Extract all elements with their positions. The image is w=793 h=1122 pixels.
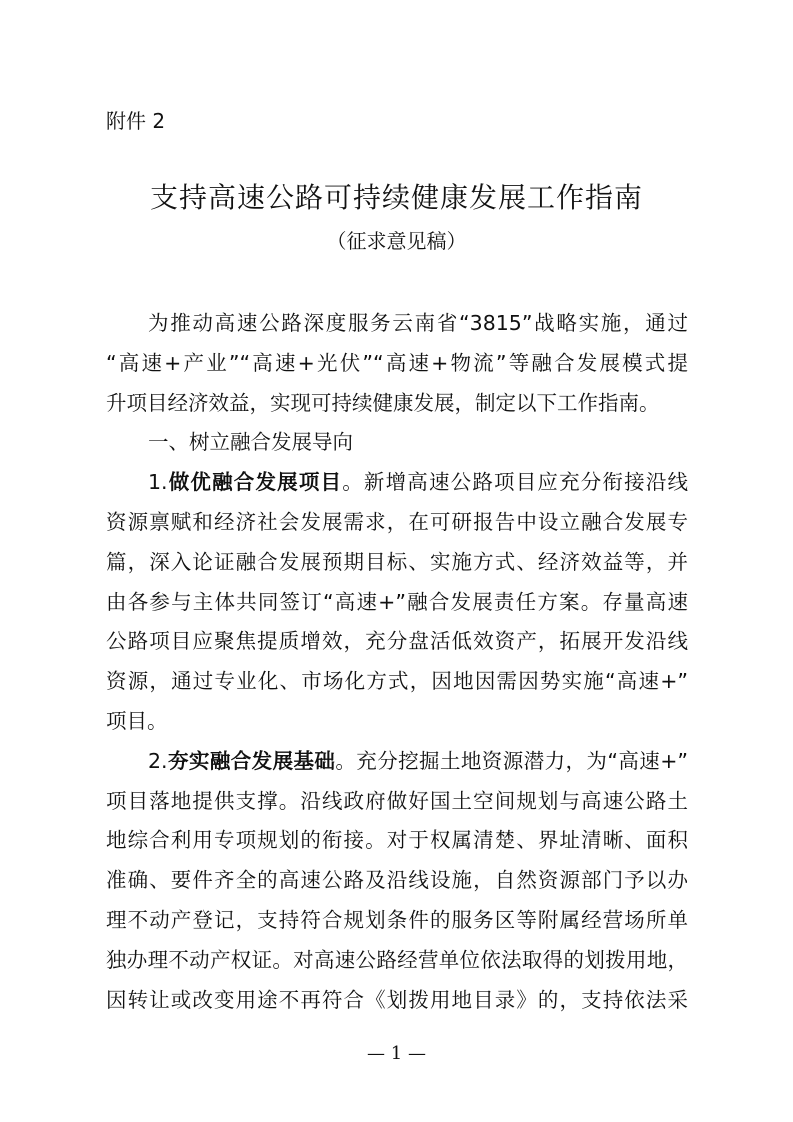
body-line: 公路项目应聚焦提质增效，充分盘活低效资产，拓展开发沿线 bbox=[106, 622, 688, 662]
document-body: 为推动高速公路深度服务云南省“3815”战略实施，通过 “高速+产业”“高速+光… bbox=[106, 304, 688, 1020]
body-line: 地综合利用专项规划的衔接。对于权属清楚、界址清晰、面积 bbox=[106, 821, 688, 861]
body-line: 独办理不动产权证。对高速公路经营单位依法取得的划拨用地， bbox=[106, 941, 688, 981]
item-text: 。充分挖掘土地资源潜力，为“高速+” bbox=[335, 749, 688, 773]
body-line: 篇，深入论证融合发展预期目标、实施方式、经济效益等，并 bbox=[106, 543, 688, 583]
document-title: 支持高速公路可持续健康发展工作指南 bbox=[0, 180, 793, 216]
body-line: 资源禀赋和经济社会发展需求，在可研报告中设立融合发展专 bbox=[106, 503, 688, 543]
document-page: 附件 2 支持高速公路可持续健康发展工作指南 （征求意见稿） 为推动高速公路深度… bbox=[0, 0, 793, 1122]
body-line: 为推动高速公路深度服务云南省“3815”战略实施，通过 bbox=[106, 304, 688, 344]
item-number: 2. bbox=[148, 749, 168, 773]
page-number: — 1 — bbox=[0, 1040, 793, 1068]
body-line: 理不动产登记，支持符合规划条件的服务区等附属经营场所单 bbox=[106, 901, 688, 941]
body-line: 资源，通过专业化、市场化方式，因地因需因势实施“高速+” bbox=[106, 662, 688, 702]
body-line: 因转让或改变用途不再符合《划拨用地目录》的，支持依法采 bbox=[106, 981, 688, 1021]
attachment-label: 附件 2 bbox=[106, 108, 165, 134]
item-title: 做优融合发展项目 bbox=[168, 470, 343, 494]
body-line: 项目落地提供支撑。沿线政府做好国土空间规划与高速公路土 bbox=[106, 782, 688, 822]
body-line: “高速+产业”“高速+光伏”“高速+物流”等融合发展模式提 bbox=[106, 344, 688, 384]
body-line: 升项目经济效益，实现可持续健康发展，制定以下工作指南。 bbox=[106, 384, 688, 424]
item-text: 。新增高速公路项目应充分衔接沿线 bbox=[342, 470, 688, 494]
body-line: 准确、要件齐全的高速公路及沿线设施，自然资源部门予以办 bbox=[106, 861, 688, 901]
item-title: 夯实融合发展基础 bbox=[168, 749, 336, 773]
body-line: 由各参与主体共同签订“高速+”融合发展责任方案。存量高速 bbox=[106, 583, 688, 623]
body-line: 项目。 bbox=[106, 702, 688, 742]
section-heading: 一、树立融合发展导向 bbox=[106, 423, 688, 463]
item-heading-line: 1.做优融合发展项目。新增高速公路项目应充分衔接沿线 bbox=[106, 463, 688, 503]
document-subtitle: （征求意见稿） bbox=[0, 226, 793, 256]
item-heading-line: 2.夯实融合发展基础。充分挖掘土地资源潜力，为“高速+” bbox=[106, 742, 688, 782]
item-number: 1. bbox=[148, 470, 168, 494]
